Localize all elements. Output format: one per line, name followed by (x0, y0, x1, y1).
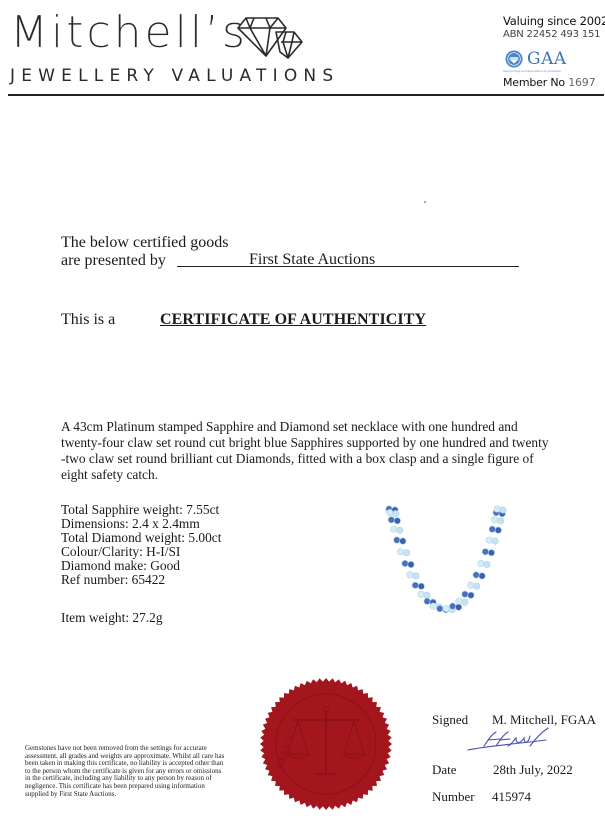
sapphire-diamond-necklace-image (376, 505, 516, 625)
wax-seal-scales-icon: HELL'S (256, 674, 396, 814)
valuing-since: Valuing since 2002 (503, 14, 605, 28)
item-description: A 43cm Platinum stamped Sapphire and Dia… (61, 419, 551, 483)
disclaimer: Gemstones have not been removed from the… (25, 745, 225, 798)
certificate-title: CERTIFICATE OF AUTHENTICITY (160, 310, 426, 329)
spec-diamond-make: Diamond make: Good (61, 559, 221, 573)
gaa-fullname: Gemmological Association of Australia (503, 69, 561, 73)
brand-name: Mitchell’s (10, 8, 248, 58)
diamonds-icon (236, 12, 306, 62)
signature-icon (466, 726, 556, 756)
item-weight: Item weight: 27.2g (61, 611, 163, 625)
specs-list: Total Sapphire weight: 7.55ct Dimensions… (61, 503, 221, 587)
presentation-line-2: are presented by (61, 251, 166, 270)
spec-colour-clarity: Colour/Clarity: H-I/SI (61, 545, 221, 559)
signed-by: M. Mitchell, FGAA (492, 712, 596, 727)
abn-number: ABN 22452 493 151 (503, 28, 605, 42)
gaa-emblem-icon (505, 50, 523, 68)
gaa-name: GAA (527, 48, 567, 70)
certificate-date: 28th July, 2022 (493, 762, 573, 777)
certificate-number: 415974 (492, 789, 531, 804)
presented-by: First State Auctions (249, 250, 375, 269)
paper-speck (424, 201, 426, 203)
member-value: 1697 (568, 76, 595, 89)
credentials-block: Valuing since 2002 ABN 22452 493 151 GAA… (503, 14, 605, 42)
number-label: Number (432, 789, 475, 804)
spec-dimensions: Dimensions: 2.4 x 2.4mm (61, 517, 221, 531)
member-label: Member No (503, 76, 565, 89)
header-divider (8, 94, 604, 96)
presentation-line-1: The below certified goods (61, 233, 229, 252)
date-label: Date (432, 762, 457, 777)
member-number: Member No 1697 (503, 76, 595, 90)
spec-diamond-weight: Total Diamond weight: 5.00ct (61, 531, 221, 545)
gaa-badge: GAA (503, 48, 603, 70)
spec-sapphire-weight: Total Sapphire weight: 7.55ct (61, 503, 221, 517)
certificate-prefix: This is a (61, 310, 115, 329)
brand-subtitle: JEWELLERY VALUATIONS (10, 66, 339, 86)
spec-ref-number: Ref number: 65422 (61, 573, 221, 587)
signed-label: Signed (432, 712, 468, 727)
